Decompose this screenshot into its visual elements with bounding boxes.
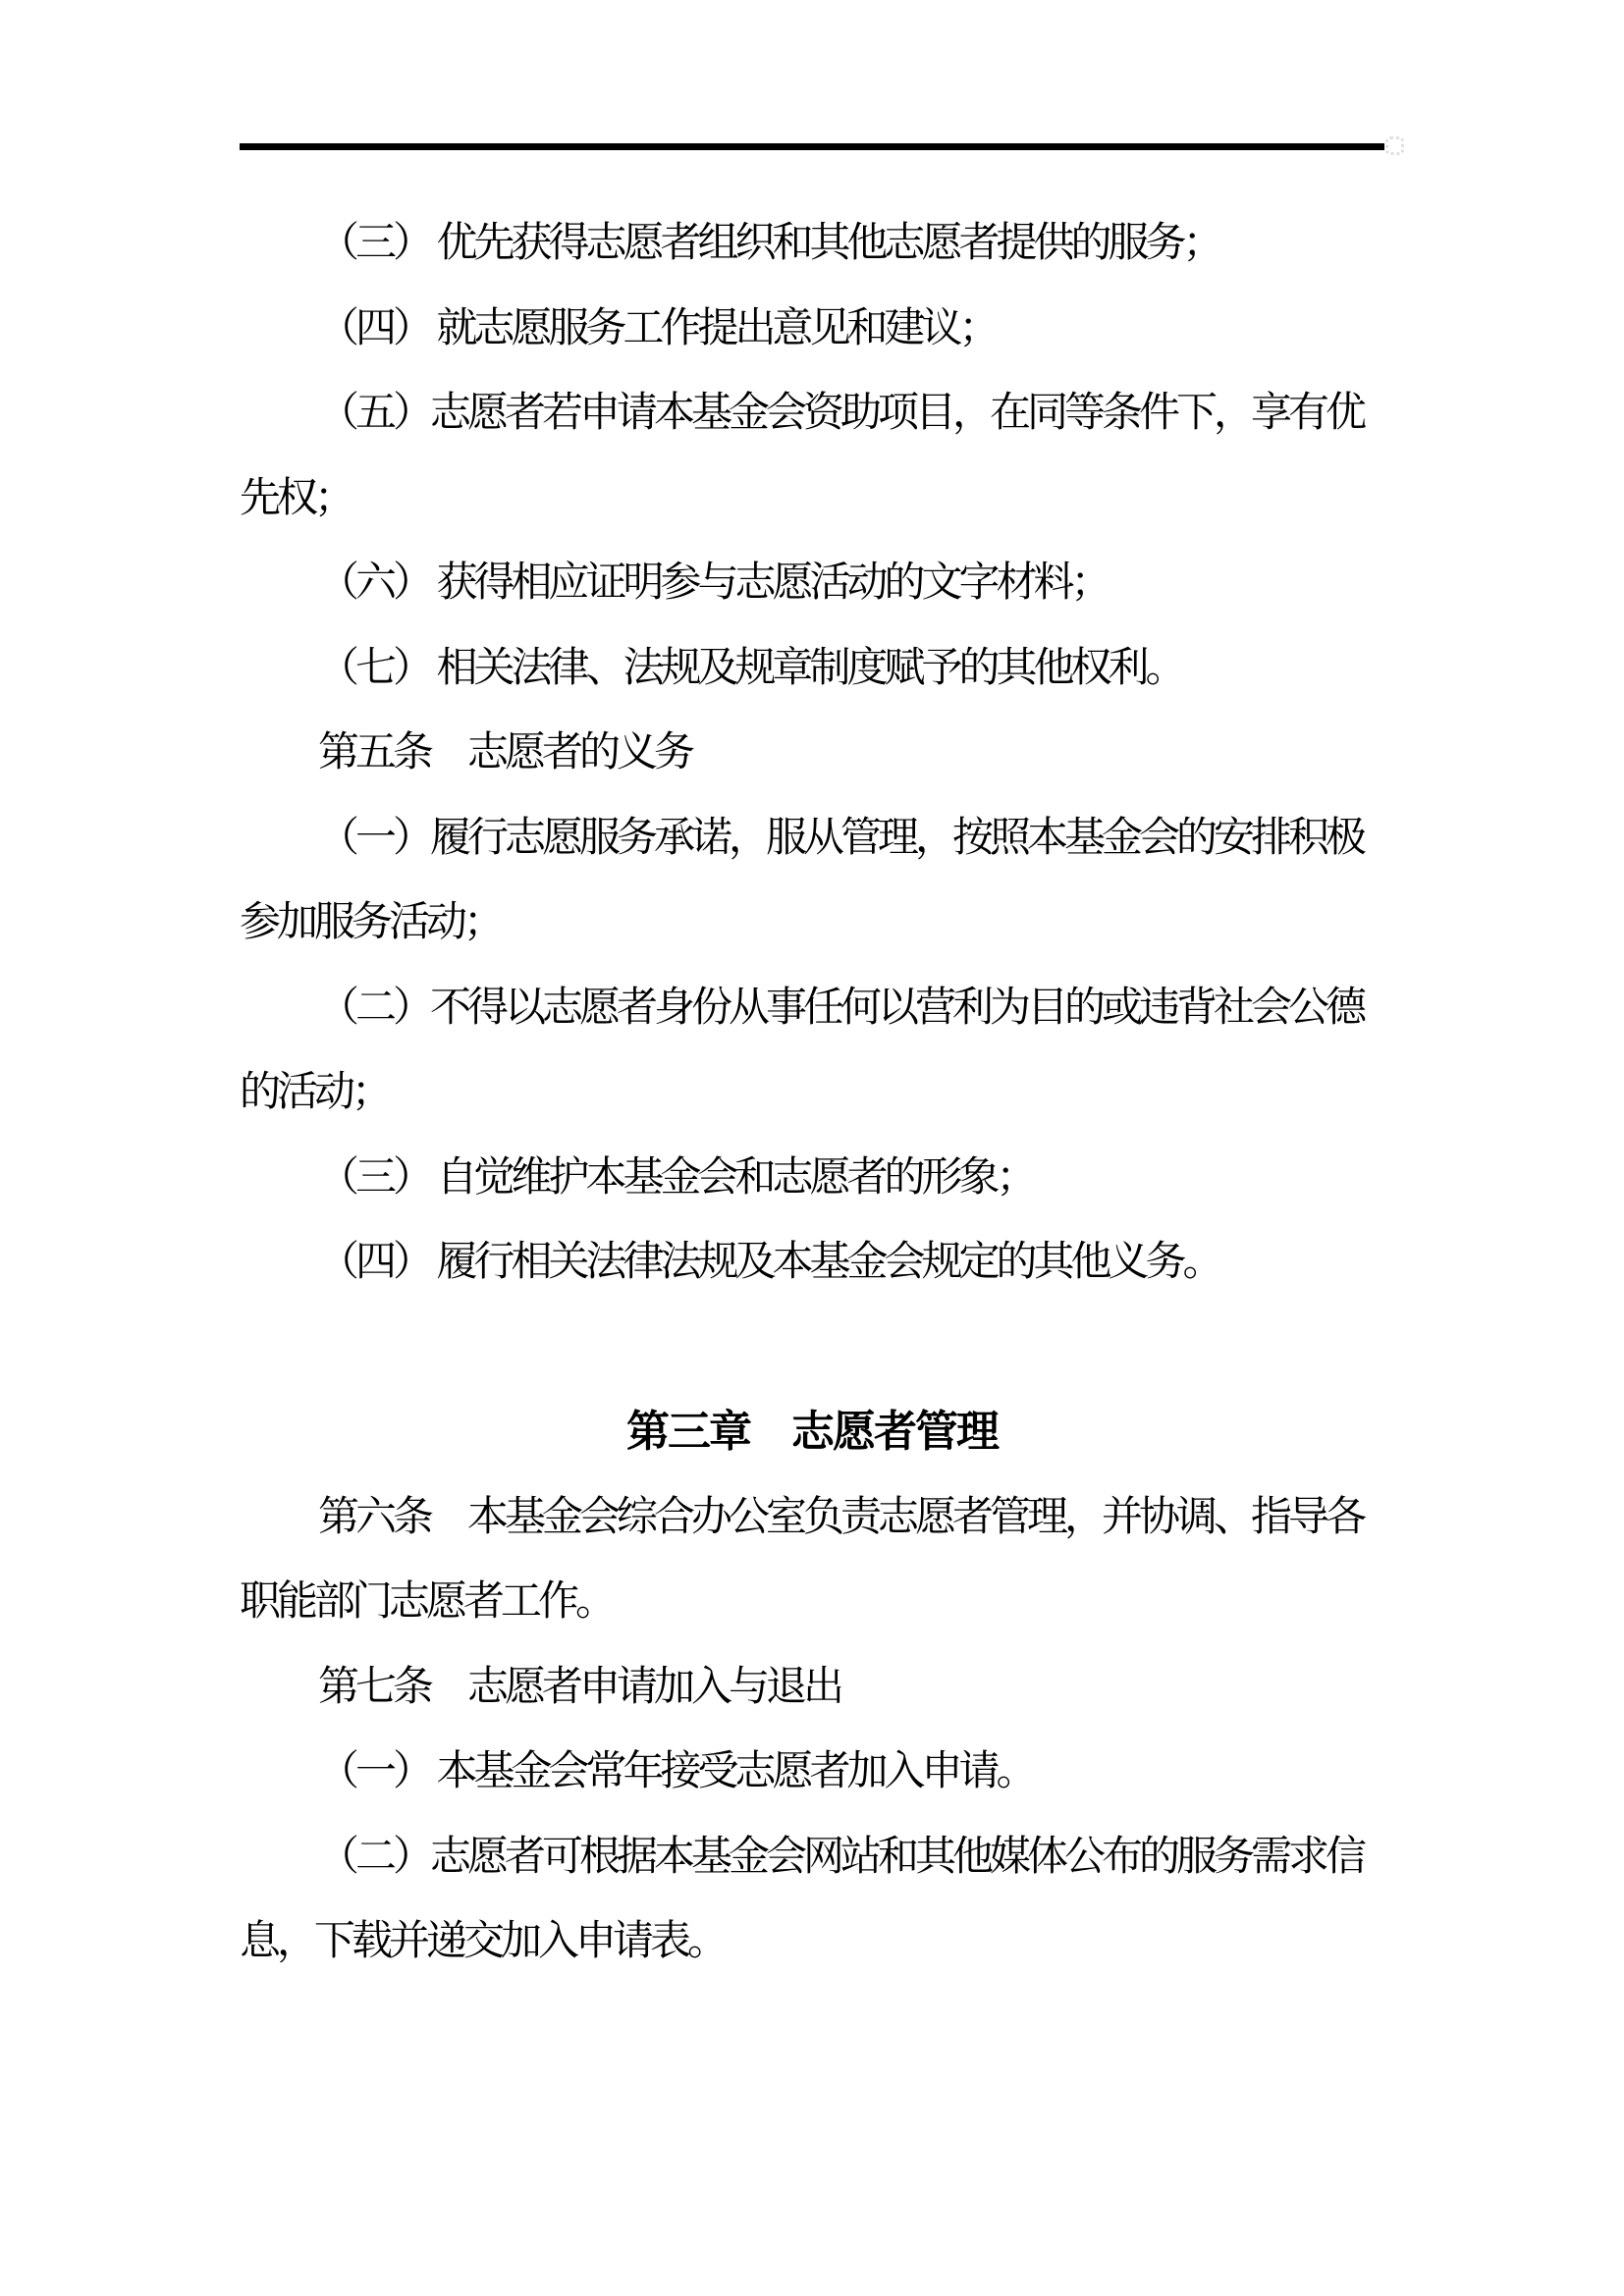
header-rule — [240, 143, 1384, 150]
document-body: （三） 优先获得志愿者组织和其他志愿者提供的服务；（四） 就志愿服务工作提出意见… — [240, 201, 1384, 1985]
text-line: （四） 就志愿服务工作提出意见和建议； — [240, 287, 1384, 372]
text-line: （二）不得以志愿者身份从事任何以营利为目的或违背社会公德 — [240, 966, 1384, 1051]
text-line: 职能部门志愿者工作。 — [240, 1560, 1384, 1645]
text-line: 参加服务活动； — [240, 881, 1384, 966]
text-line: （三） 自觉维护本基金会和志愿者的形象； — [240, 1136, 1384, 1221]
text-line: （六） 获得相应证明参与志愿活动的文字材料； — [240, 541, 1384, 626]
text-line: 先权； — [240, 456, 1384, 542]
text-line: （二）志愿者可根据本基金会网站和其他媒体公布的服务需求信 — [240, 1815, 1384, 1900]
text-line: （一） 本基金会常年接受志愿者加入申请。 — [240, 1730, 1384, 1815]
document-page: （三） 优先获得志愿者组织和其他志愿者提供的服务；（四） 就志愿服务工作提出意见… — [0, 0, 1624, 2296]
text-line: （七） 相关法律、法规及规章制度赋予的其他权利。 — [240, 626, 1384, 712]
text-line: 的活动； — [240, 1050, 1384, 1136]
text-line: 第五条 志愿者的义务 — [240, 711, 1384, 796]
blank-line — [240, 1306, 1384, 1391]
text-line: 息，下载并递交加入申请表。 — [240, 1899, 1384, 1985]
text-line: 第六条 本基金会综合办公室负责志愿者管理，并协调、指导各 — [240, 1475, 1384, 1561]
text-line: （四） 履行相关法律法规及本基金会规定的其他义务。 — [240, 1220, 1384, 1306]
text-line: （五）志愿者若申请本基金会资助项目，在同等条件下，享有优 — [240, 371, 1384, 456]
chapter-heading: 第三章 志愿者管理 — [240, 1390, 1384, 1475]
scan-artifact — [1385, 136, 1404, 155]
text-line: 第七条 志愿者申请加入与退出 — [240, 1645, 1384, 1731]
text-line: （一）履行志愿服务承诺，服从管理，按照本基金会的安排积极 — [240, 796, 1384, 881]
text-line: （三） 优先获得志愿者组织和其他志愿者提供的服务； — [240, 201, 1384, 287]
